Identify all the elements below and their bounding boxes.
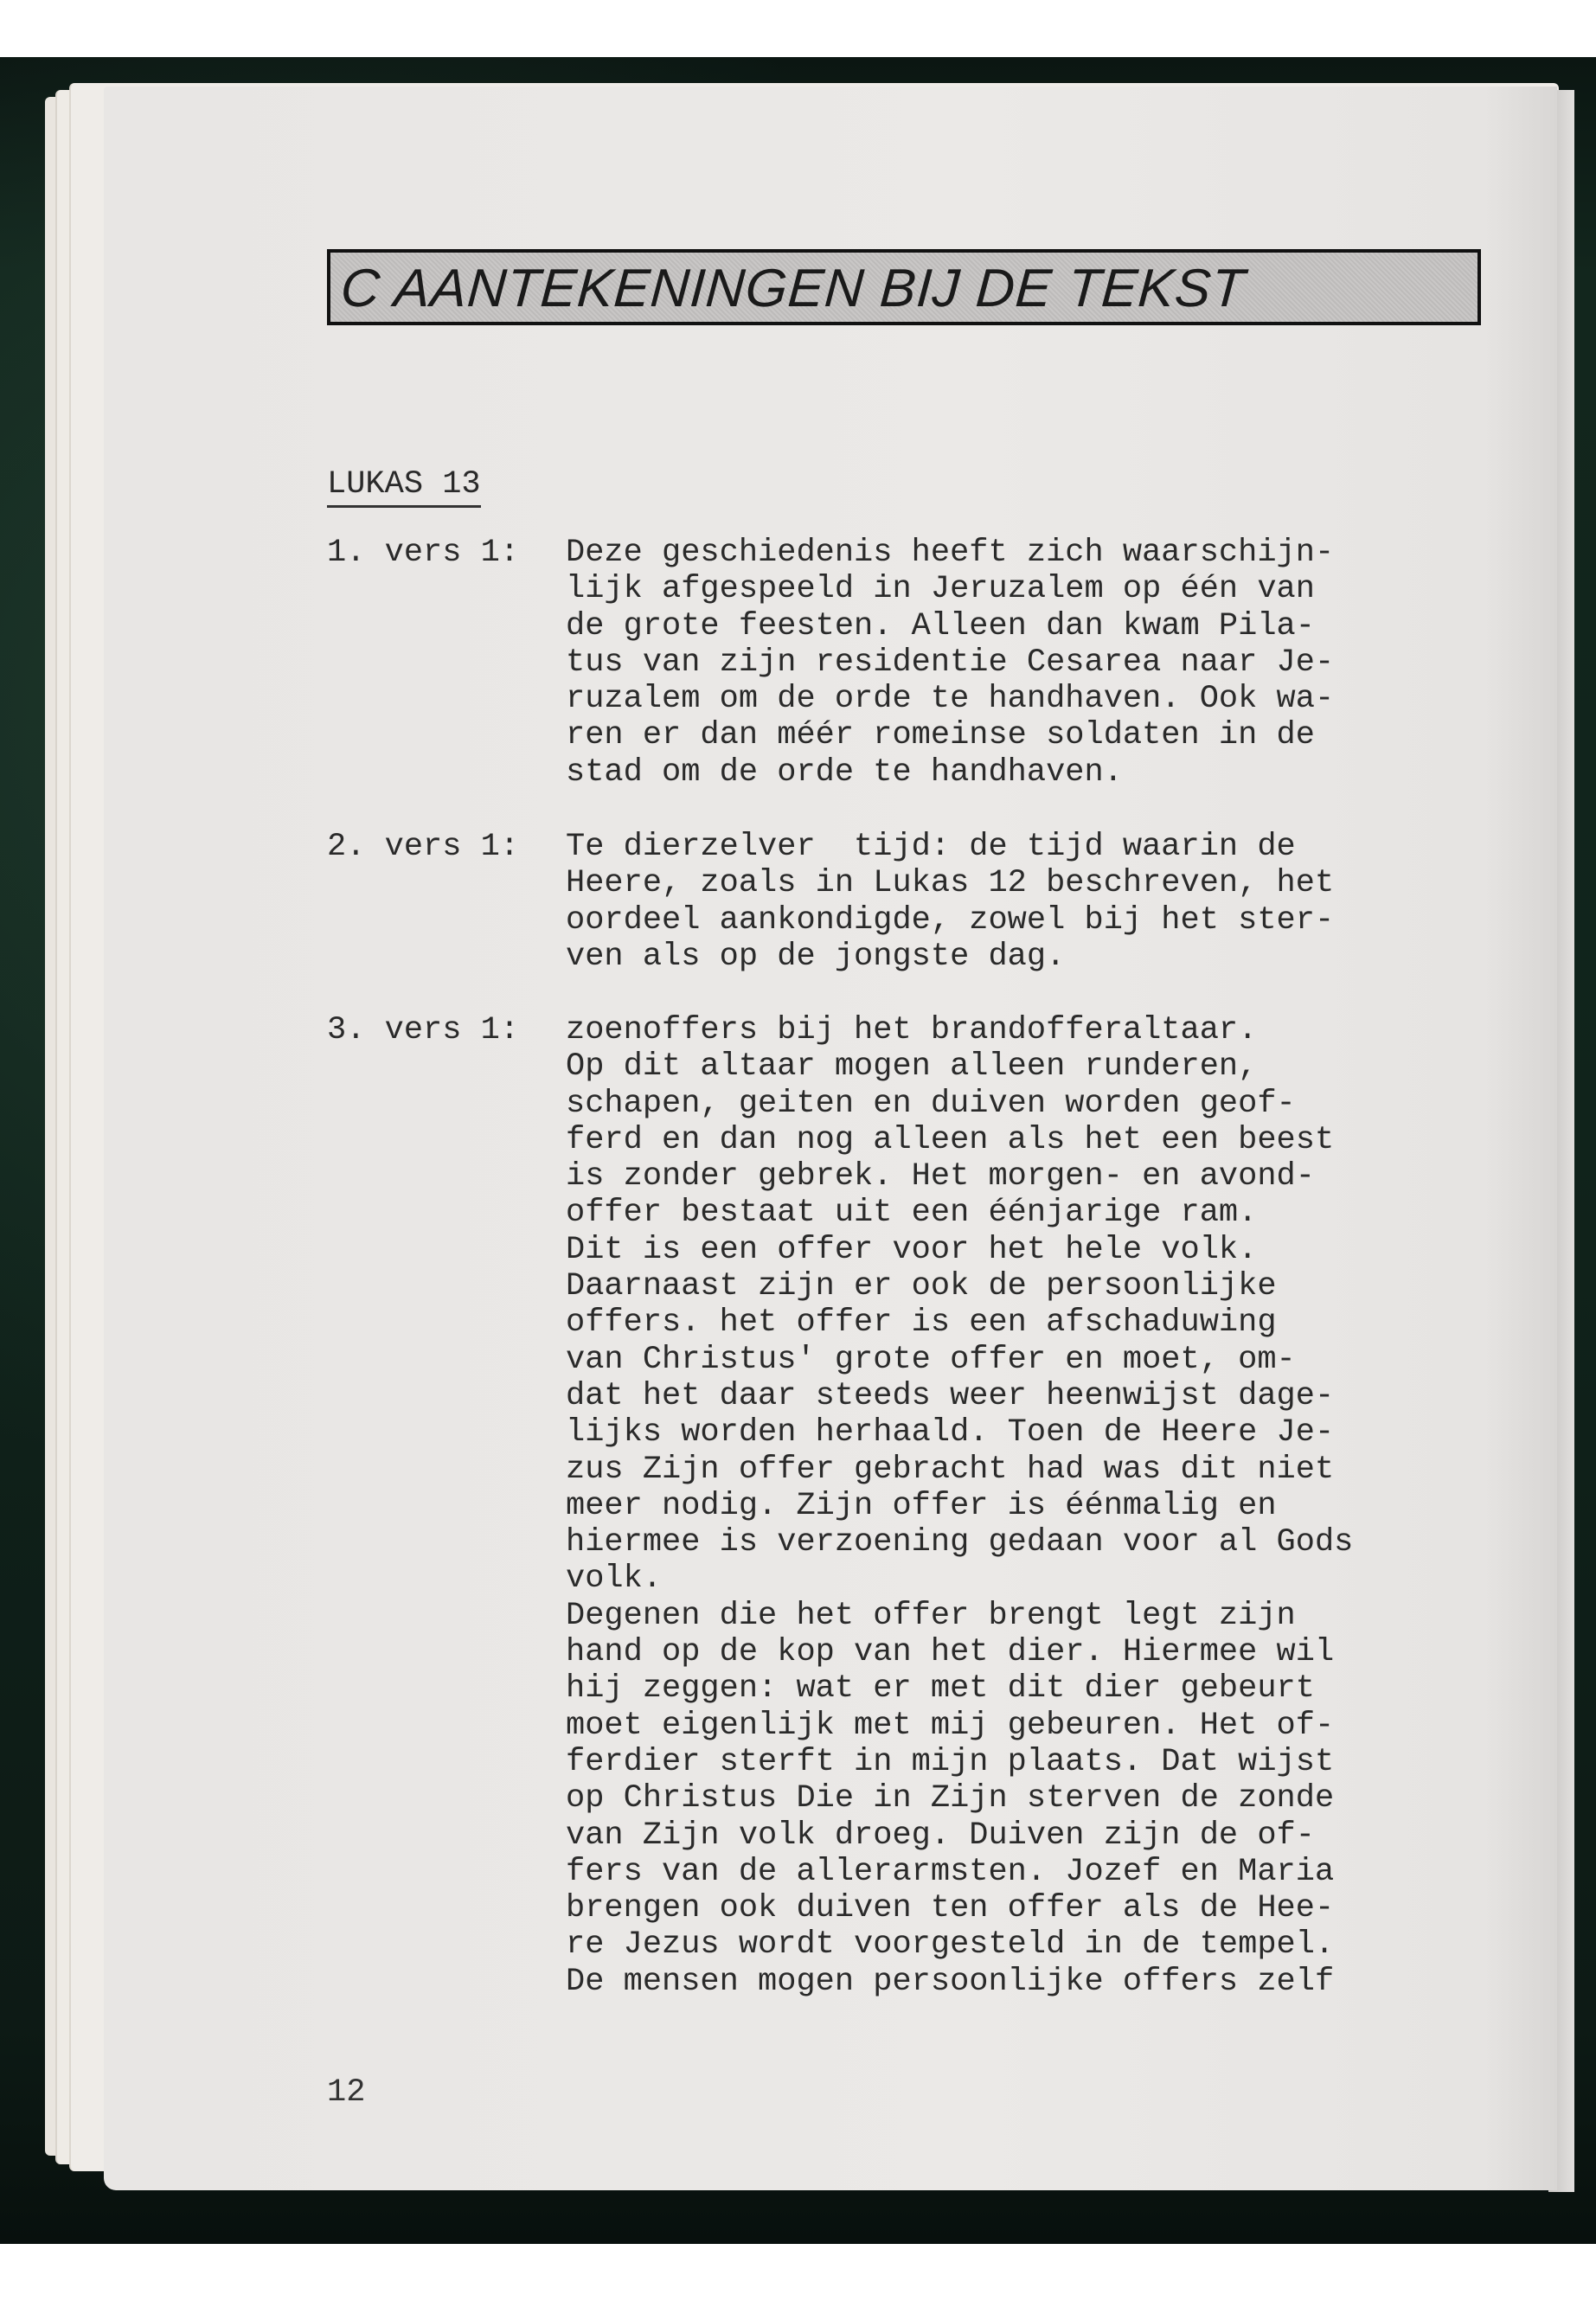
text-line: Op dit altaar mogen alleen runderen,	[566, 1048, 1353, 1085]
text-line: Dit is een offer voor het hele volk.	[566, 1232, 1353, 1268]
text-line: zus Zijn offer gebracht had was dit niet	[566, 1452, 1353, 1488]
text-line: stad om de orde te handhaven.	[566, 754, 1334, 791]
text-line: ferdier sterft in mijn plaats. Dat wijst	[566, 1744, 1353, 1780]
note-body: zoenoffers bij het brandofferaltaar.Op d…	[566, 1012, 1353, 2000]
text-line: op Christus Die in Zijn sterven de zonde	[566, 1780, 1353, 1817]
chapter-title: C AANTEKENINGEN BIJ DE TEKST	[339, 258, 1247, 319]
note-body: Deze geschiedenis heeft zich waarschijn-…	[566, 535, 1334, 791]
text-line: tus van zijn residentie Cesarea naar Je-	[566, 644, 1334, 681]
note-body: Te dierzelver tijd: de tijd waarin deHee…	[566, 829, 1334, 975]
text-line: ren er dan méér romeinse soldaten in de	[566, 717, 1334, 753]
text-line: ferd en dan nog alleen als het een beest	[566, 1122, 1353, 1158]
text-line: dat het daar steeds weer heenwijst dage-	[566, 1378, 1353, 1414]
text-line: de grote feesten. Alleen dan kwam Pila-	[566, 608, 1334, 644]
text-line: is zonder gebrek. Het morgen- en avond-	[566, 1158, 1353, 1195]
text-line: re Jezus wordt voorgesteld in de tempel.	[566, 1926, 1353, 1963]
text-line: volk.	[566, 1561, 1353, 1597]
chapter-title-box: C AANTEKENINGEN BIJ DE TEKST	[327, 249, 1481, 325]
text-line: fers van de allerarmsten. Jozef en Maria	[566, 1854, 1353, 1890]
text-line: hand op de kop van het dier. Hiermee wil	[566, 1634, 1353, 1670]
text-line: meer nodig. Zijn offer is éénmalig en	[566, 1488, 1353, 1524]
text-line: Daarnaast zijn er ook de persoonlijke	[566, 1268, 1353, 1304]
section-heading: LUKAS 13	[327, 465, 481, 508]
text-line: Deze geschiedenis heeft zich waarschijn-	[566, 535, 1334, 571]
text-line: brengen ook duiven ten offer als de Hee-	[566, 1890, 1353, 1926]
text-line: Degenen die het offer brengt legt zijn	[566, 1598, 1353, 1634]
text-line: lijk afgespeeld in Jeruzalem op één van	[566, 571, 1334, 607]
text-line: De mensen mogen persoonlijke offers zelf	[566, 1964, 1353, 2000]
note-label: 2. vers 1:	[327, 829, 519, 865]
text-line: offers. het offer is een afschaduwing	[566, 1304, 1353, 1341]
text-line: Te dierzelver tijd: de tijd waarin de	[566, 829, 1334, 865]
text-line: lijks worden herhaald. Toen de Heere Je-	[566, 1414, 1353, 1451]
text-line: zoenoffers bij het brandofferaltaar.	[566, 1012, 1353, 1048]
text-line: van Christus' grote offer en moet, om-	[566, 1342, 1353, 1378]
text-line: moet eigenlijk met mij gebeuren. Het of-	[566, 1708, 1353, 1744]
text-line: offer bestaat uit een éénjarige ram.	[566, 1195, 1353, 1231]
text-line: ven als op de jongste dag.	[566, 939, 1334, 975]
text-line: Heere, zoals in Lukas 12 beschreven, het	[566, 865, 1334, 901]
note-label: 3. vers 1:	[327, 1012, 519, 1048]
text-line: van Zijn volk droeg. Duiven zijn de of-	[566, 1817, 1353, 1854]
text-line: schapen, geiten en duiven worden geof-	[566, 1086, 1353, 1122]
text-line: hij zeggen: wat er met dit dier gebeurt	[566, 1670, 1353, 1707]
page-number: 12	[327, 2074, 365, 2111]
note-label: 1. vers 1:	[327, 535, 519, 571]
text-line: ruzalem om de orde te handhaven. Ook wa-	[566, 681, 1334, 717]
text-line: hiermee is verzoening gedaan voor al God…	[566, 1524, 1353, 1561]
text-line: oordeel aankondigde, zowel bij het ster-	[566, 902, 1334, 939]
